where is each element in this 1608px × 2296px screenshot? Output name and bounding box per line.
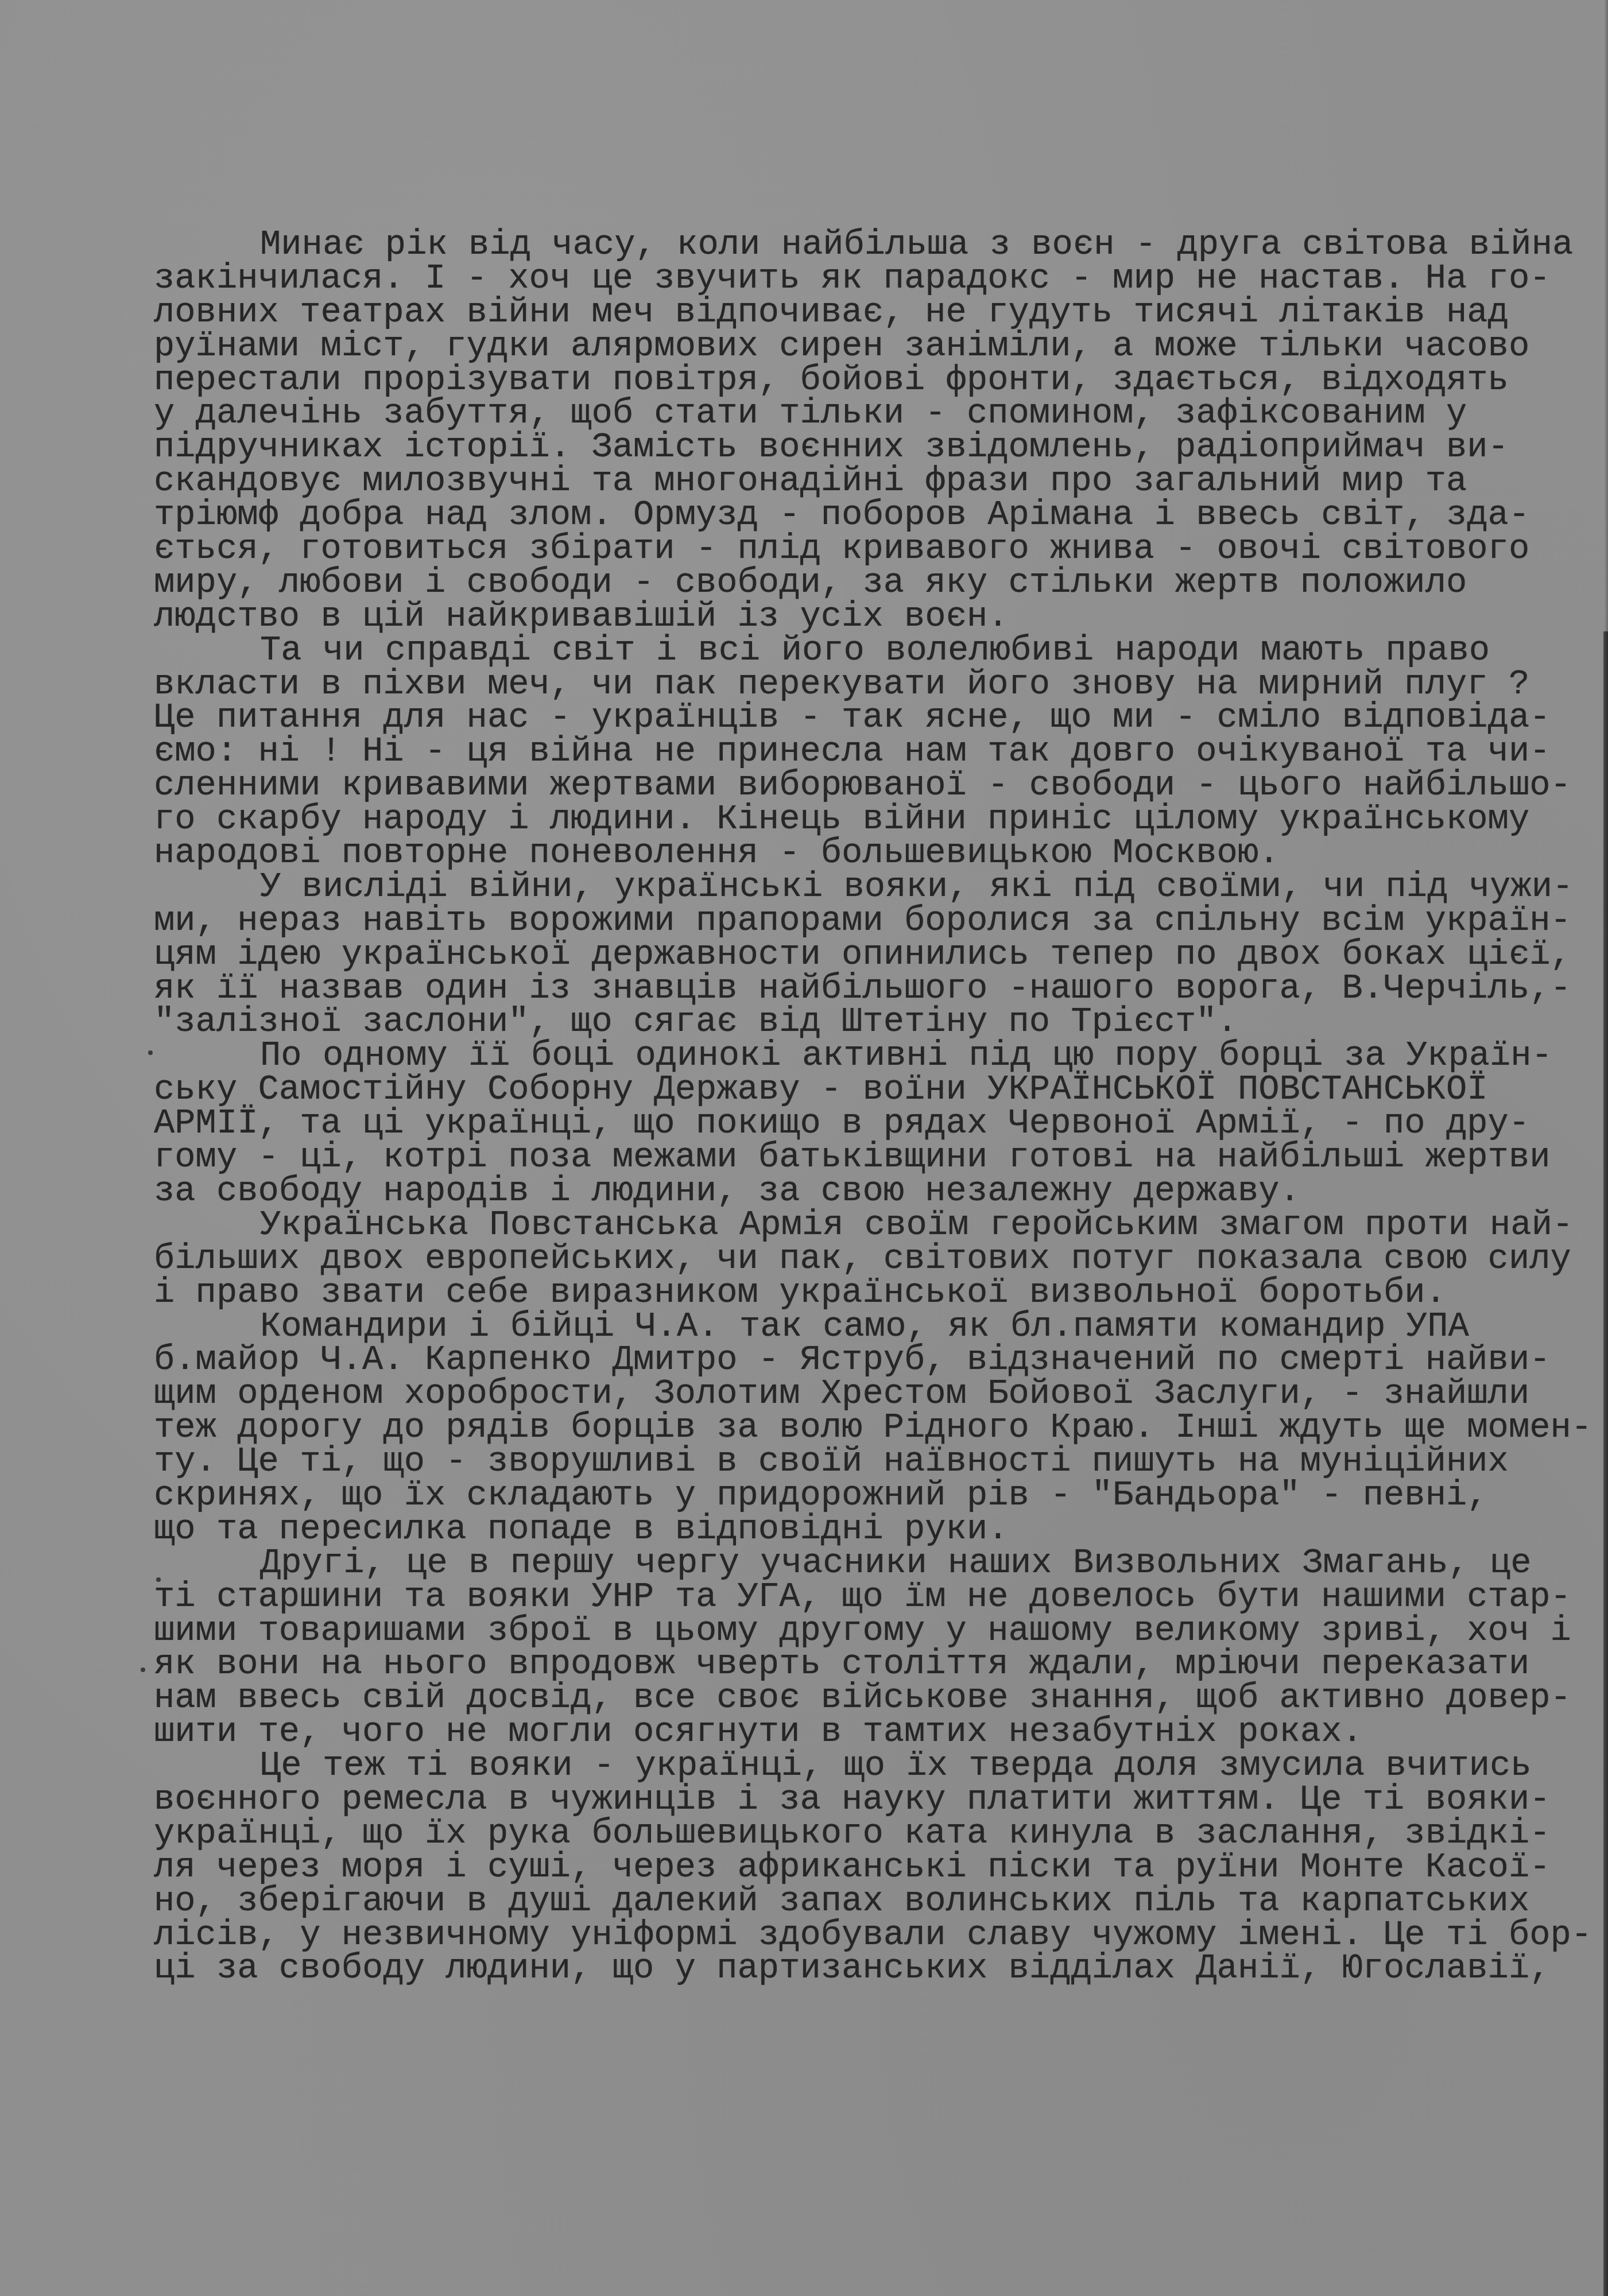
text-line: сленними кривавими жертвами виборюваної … [154, 769, 1589, 803]
text-line: як її назвав один із знавців найбільшого… [154, 972, 1589, 1006]
text-line: ці за свободу людини, що у партизанських… [154, 1952, 1589, 1986]
text-line: тріюмф добра над злом. Ормузд - поборов … [154, 499, 1589, 533]
text-line: Та чи справді світ і всі його волелюбиві… [154, 634, 1589, 668]
text-line: ється, готовиться збірати - плід криваво… [154, 533, 1589, 567]
text-line: го скарбу народу і людини. Кінець війни … [154, 803, 1589, 837]
text-line: ємо: ні ! Ні - ця війна не принесла нам … [154, 735, 1589, 769]
text-line: шити те, чого не могли осягнути в тамтих… [154, 1716, 1589, 1750]
text-line: ту. Це ті, що - зворушливі в своїй наївн… [154, 1445, 1589, 1479]
page-edge-shadow-top [1605, 0, 1608, 631]
page-edge-shadow [1603, 631, 1608, 2296]
paragraph: Другі, це в першу чергу учасники наших В… [154, 1547, 1589, 1750]
paragraph: У висліді війни, українські вояки, які п… [154, 871, 1589, 1040]
text-line: Минає рік від часу, коли найбільша з воє… [154, 228, 1589, 262]
text-line: По одному її боці одинокі активні під цю… [154, 1040, 1589, 1073]
text-line: ми, нераз навіть ворожими прапорами боро… [154, 905, 1589, 938]
paragraph: Та чи справді світ і всі його волелюбиві… [154, 634, 1589, 871]
text-line: лісів, у незвичному уніформі здобували с… [154, 1919, 1589, 1953]
text-line: ловних театрах війни меч відпочиває, не … [154, 296, 1589, 330]
text-line: закінчилася. І - хоч це звучить як парад… [154, 262, 1589, 296]
text-line: руїнами міст, гудки алярмових сирен зані… [154, 330, 1589, 364]
document-body: Минає рік від часу, коли найбільша з воє… [154, 228, 1589, 1986]
text-line: У висліді війни, українські вояки, які п… [154, 871, 1589, 905]
text-line: ля через моря і суші, через африканські … [154, 1851, 1589, 1885]
text-line: Це теж ті вояки - українці, що їх тверда… [154, 1750, 1589, 1783]
text-line: перестали прорізувати повітря, бойові фр… [154, 364, 1589, 398]
text-line: миру, любови і свободи - свободи, за яку… [154, 567, 1589, 600]
stray-mark [141, 1667, 145, 1672]
text-line: як вони на нього впродовж чверть столітт… [154, 1648, 1589, 1682]
paragraph: Українська Повстанська Армія своїм герой… [154, 1209, 1589, 1310]
text-line: "залізної заслони", що сягає від Штетіну… [154, 1006, 1589, 1040]
text-line: ську Самостійну Соборну Державу - воїни … [154, 1073, 1589, 1107]
text-line: Українська Повстанська Армія своїм герой… [154, 1209, 1589, 1243]
text-line: підручниках історії. Замість воєнних зві… [154, 431, 1589, 465]
text-line: українці, що їх рука большевицького ката… [154, 1817, 1589, 1851]
text-line: народові повторне поневолення - большеви… [154, 837, 1589, 871]
scanned-page: Минає рік від часу, коли найбільша з воє… [0, 0, 1608, 2296]
text-line: Командири і бійці Ч.А. так само, як бл.п… [154, 1310, 1589, 1344]
text-line: гому - ці, котрі поза межами батьківщини… [154, 1141, 1589, 1175]
text-line: цям ідею української державности опинили… [154, 938, 1589, 972]
text-line: нам ввесь свій досвід, все своє військов… [154, 1682, 1589, 1716]
text-line: Це питання для нас - українців - так ясн… [154, 701, 1589, 735]
text-line: вкласти в піхви меч, чи пак перекувати й… [154, 668, 1589, 702]
text-line: ті старшини та вояки УНР та УГА, що їм н… [154, 1581, 1589, 1615]
text-line: щим орденом хоробрости, Золотим Хрестом … [154, 1378, 1589, 1411]
text-line: людство в цій найкривавішій із усіх воєн… [154, 600, 1589, 634]
text-line: б.майор Ч.А. Карпенко Дмитро - Яструб, в… [154, 1344, 1589, 1378]
text-line: за свободу народів і людини, за свою нез… [154, 1175, 1589, 1209]
text-line: скандовує милозвучні та многонадійні фра… [154, 465, 1589, 499]
text-line: воєнного ремесла в чужинців і за науку п… [154, 1783, 1589, 1817]
text-line: що та пересилка попаде в відповідні руки… [154, 1513, 1589, 1547]
paragraph: Минає рік від часу, коли найбільша з воє… [154, 228, 1589, 634]
paragraph: По одному її боці одинокі активні під цю… [154, 1040, 1589, 1208]
text-line: теж дорогу до рядів борців за волю Рідно… [154, 1411, 1589, 1445]
text-line: скринях, що їх складають у придорожний р… [154, 1479, 1589, 1513]
text-line: і право звати себе виразником українсько… [154, 1277, 1589, 1310]
text-line: шими товаришами зброї в цьому другому у … [154, 1615, 1589, 1649]
paragraph: Це теж ті вояки - українці, що їх тверда… [154, 1750, 1589, 1986]
text-line: АРМІЇ, та ці українці, що покищо в рядах… [154, 1107, 1589, 1141]
text-line: у далечінь забуття, щоб стати тільки - с… [154, 397, 1589, 431]
text-line: більших двох европейських, чи пак, світо… [154, 1243, 1589, 1277]
paragraph: Командири і бійці Ч.А. так само, як бл.п… [154, 1310, 1589, 1547]
text-line: Другі, це в першу чергу учасники наших В… [154, 1547, 1589, 1581]
text-line: но, зберігаючи в душі далекий запах воли… [154, 1885, 1589, 1919]
stray-mark [148, 1050, 153, 1055]
